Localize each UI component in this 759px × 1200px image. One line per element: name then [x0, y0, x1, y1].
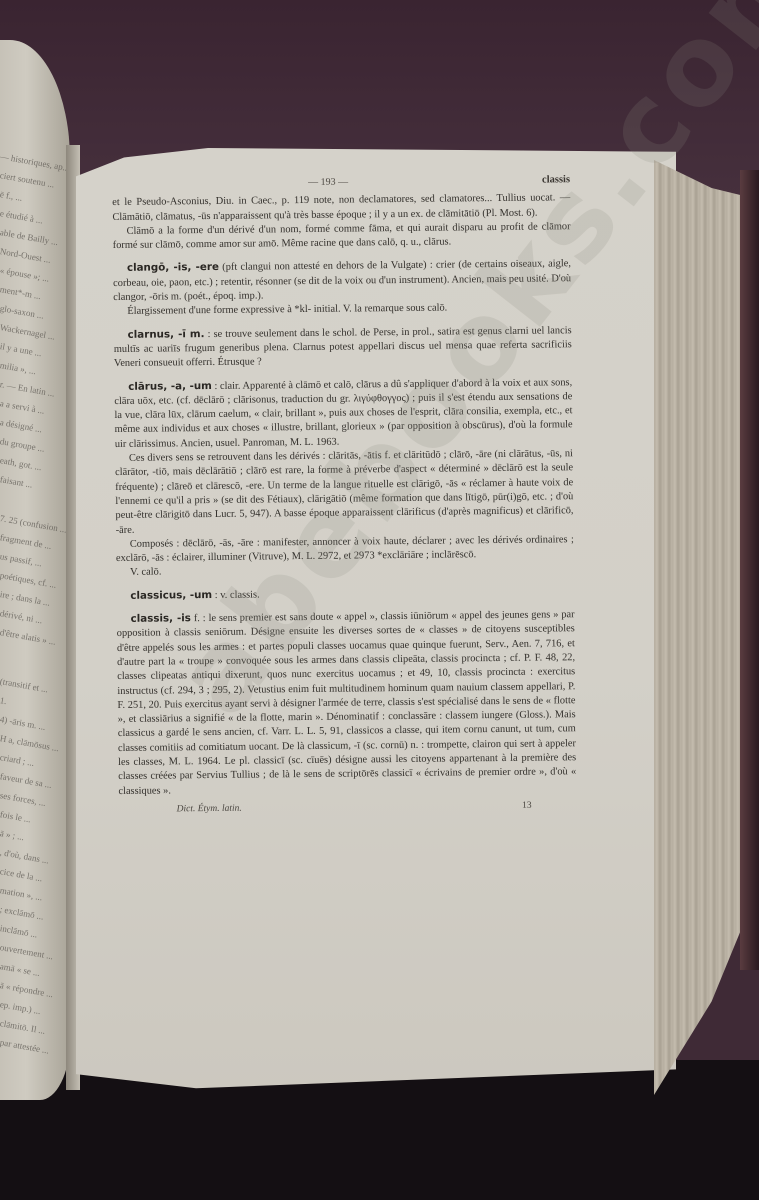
left-page-text-fragment: fois le ...	[0, 808, 32, 825]
left-page-text-fragment: able de Bailly ...	[0, 226, 59, 248]
left-page-text-fragment: inclāmō ...	[0, 922, 38, 940]
paragraph: et le Pseudo-Asconius, Diu. in Caec., p.…	[112, 191, 570, 224]
paragraph: Ces divers sens se retrouvent dans les d…	[115, 447, 574, 538]
paragraph: Clāmō a la forme d'un dérivé d'un nom, f…	[112, 220, 570, 253]
entry-clarnus: clarnus, -ī m. : se trouve seulement dan…	[114, 323, 572, 372]
left-page-text-fragment: e étudié à ...	[0, 207, 44, 226]
left-page-text-fragment: du groupe ...	[0, 435, 46, 455]
left-page-text-fragment: ē f., ...	[0, 188, 23, 204]
entry-continuation: et le Pseudo-Asconius, Diu. in Caec., p.…	[112, 191, 571, 253]
left-page-text-fragment: ā « répondre ...	[0, 979, 54, 1000]
left-page-text-fragment: d'être alatis » ...	[0, 626, 57, 648]
page-edges	[654, 160, 750, 1095]
left-page-text-fragment: , d'où, dans ...	[0, 846, 50, 866]
left-page-text-fragment: ouvertement ...	[0, 941, 54, 962]
guide-word: classis	[542, 173, 570, 188]
left-page-text-fragment: Nord-Ouest ...	[0, 245, 52, 266]
left-page-text-fragment: H a, clāmōsus ...	[0, 732, 60, 754]
left-page-text-fragment: criard ; ...	[0, 751, 35, 769]
left-page-text-fragment: ciert soutenu ...	[0, 169, 55, 190]
left-page-text-fragment: ā » ; ...	[0, 827, 25, 843]
left-page-text-fragment: fragment de ...	[0, 531, 52, 552]
left-page-text-fragment: il y a une ...	[0, 340, 43, 359]
headword: clārus, -a, -um	[128, 380, 212, 393]
left-page-text-fragment: mation », ...	[0, 884, 43, 903]
signature-title: Dict. Étym. latin.	[177, 802, 242, 817]
left-page-text-fragment: faisant ...	[0, 473, 34, 491]
left-page-text-fragment: amā « se ...	[0, 960, 41, 979]
left-page-text-fragment: dérivé, ni ...	[0, 607, 43, 626]
left-page-text-fragment: a a servi à ...	[0, 397, 46, 417]
left-page-text-fragment: Wackernagel ...	[0, 321, 56, 342]
entry-clango: clangō, -is, -ere (pft clangui non attes…	[113, 257, 572, 320]
paragraph: clarnus, -ī m. : se trouve seulement dan…	[114, 323, 572, 372]
left-page-text-fragment: « épouse »; ...	[0, 264, 50, 285]
left-page-text-fragment: faveur de sa ...	[0, 770, 53, 791]
definition: f. : le sens premier est sans doute « ap…	[117, 609, 577, 796]
book-cover-edge	[740, 170, 759, 970]
left-page-text-fragment: eath, got. ...	[0, 454, 43, 473]
left-page-text-fragment: poétiques, cf. ...	[0, 569, 57, 591]
left-page-text-fragment: ire ; dans la ...	[0, 588, 51, 609]
left-page-text-fragment: a désigné ...	[0, 416, 43, 435]
left-page-text-fragment: par attestée ...	[0, 1036, 50, 1056]
left-page: — historiques, ap...ciert soutenu ...ē f…	[0, 40, 70, 1100]
left-page-text-fragment: 1.	[0, 694, 8, 707]
left-page-text-fragment: ; exclāmō ...	[0, 903, 45, 923]
paragraph: clārus, -a, -um : clair. Apparenté à clā…	[114, 375, 573, 452]
paragraph: clangō, -is, -ere (pft clangui non attes…	[113, 257, 571, 306]
left-page-text-fragment: ep. imp.) ...	[0, 998, 42, 1017]
page-number: — 193 —	[308, 176, 348, 191]
left-page-text-fragment: clāmitō. Il ...	[0, 1017, 46, 1037]
entry-classicus: classicus, -um : v. classis.	[116, 584, 574, 604]
entry-classis: classis, -is f. : le sens premier est sa…	[117, 607, 577, 799]
left-page-text-fragment: ses forces, ...	[0, 789, 47, 809]
headword: classicus, -um	[130, 589, 212, 602]
definition: : v. classis.	[215, 589, 260, 600]
left-page-text-fragment: r. — En latin ...	[0, 378, 56, 399]
left-page-text-fragment: 4) -āris m. ...	[0, 713, 47, 733]
left-page-text-fragment: milia », ...	[0, 359, 37, 377]
headword: classis, -is	[131, 612, 191, 625]
left-page-text-fragment: cice de la ...	[0, 865, 43, 884]
signature-number: 13	[522, 799, 532, 813]
left-page-text-fragment: glo-saxon ...	[0, 302, 45, 322]
left-page-text-fragment: (transitif et ...	[0, 675, 49, 695]
headword: clarnus, -ī m.	[128, 328, 205, 341]
left-page-text-fragment: ment*-m ...	[0, 283, 42, 302]
headword: clangō, -is, -ere	[127, 261, 219, 274]
left-page-text-fragment: us passif, ...	[0, 550, 43, 569]
entry-clarus: clārus, -a, -um : clair. Apparenté à clā…	[114, 375, 574, 581]
paragraph: classicus, -um : v. classis.	[116, 584, 574, 604]
page-text: — 193 — classis et le Pseudo-Asconius, D…	[112, 173, 577, 817]
paragraph: classis, -is f. : le sens premier est sa…	[117, 607, 577, 799]
